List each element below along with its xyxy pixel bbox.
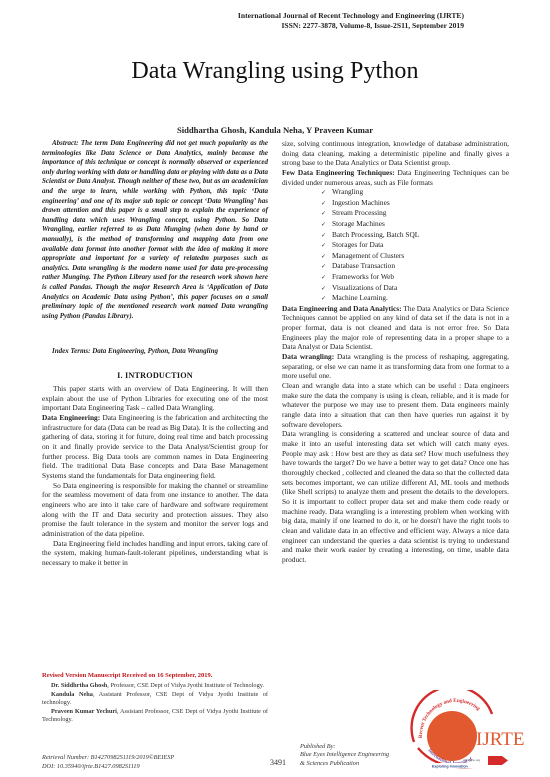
list-item-label: Machine Learning. [332,293,388,302]
list-item: ✓Storage Machines [321,219,509,230]
check-icon: ✓ [321,273,332,283]
wrangling-paragraph: Data wrangling: Data wrangling is the pr… [282,352,509,381]
techniques-list: ✓Wrangling ✓Ingestion Machines ✓Stream P… [282,187,509,304]
check-icon: ✓ [321,220,332,230]
page-number: 3491 [270,758,286,767]
paper-title: Data Wrangling using Python [0,58,550,85]
list-item-label: Database Transaction [332,261,395,270]
list-item-label: Frameworks for Web [332,272,394,281]
techniques-label: Few Data Engineering Techniques: [282,168,395,177]
check-icon: ✓ [321,199,332,209]
list-item: ✓Ingestion Machines [321,198,509,209]
list-item: ✓Management of Clusters [321,251,509,262]
published-by-label: Published By: [300,743,389,751]
list-item: ✓Batch Processing, Batch SQL [321,230,509,241]
intro-paragraph-4: Data Engineering field includes handling… [42,539,268,568]
techniques-paragraph: Few Data Engineering Techniques: Data En… [282,168,509,187]
list-item: ✓Stream Processing [321,208,509,219]
check-icon: ✓ [321,262,332,272]
list-item-label: Storage Machines [332,219,385,228]
affiliation-name: Dr. Siddhrtha Ghosh [51,682,107,689]
affiliation-name: Praveen Kumar Yechuri [51,708,117,715]
list-item-label: Visualizations of Data [332,283,397,292]
list-item-label: Wrangling [332,187,363,196]
check-icon: ✓ [321,231,332,241]
logo-pencil-icon [488,756,502,765]
list-item-label: Ingestion Machines [332,198,390,207]
intro-paragraph-2: Data Engineering: Data Engineering is th… [42,413,268,481]
list-item-label: Stream Processing [332,208,386,217]
list-item: ✓Machine Learning. [321,293,509,304]
list-item-label: Batch Processing, Batch SQL [332,230,419,239]
revised-notice: Revised Version Manuscript Received on 1… [42,672,212,679]
journal-name: International Journal of Recent Technolo… [238,11,464,21]
affiliation-2: Kandula Neha, Assistant Professor, CSE D… [42,691,268,708]
right-paragraph-1: size, solving continuous integration, kn… [282,139,509,168]
affiliation-3: Praveen Kumar Yechuri, Assistant Profess… [42,708,268,725]
list-item: ✓Wrangling [321,187,509,198]
check-icon: ✓ [321,284,332,294]
logo-tagline: Exploring Innovation [432,765,468,769]
analytics-label: Data Engineering and Data Analytics: [282,304,402,313]
check-icon: ✓ [321,188,332,198]
logo-wordmark: IJRTE [476,729,524,750]
check-icon: ✓ [321,241,332,251]
analytics-paragraph: Data Engineering and Data Analytics: The… [282,304,509,352]
abstract-text-2: small step to explain the experience of … [42,206,268,291]
wrangling-label: Data wrangling: [282,352,334,361]
index-terms: Index Terms: Data Engineering, Python, D… [42,347,268,357]
introduction-body: This paper starts with an overview of Da… [42,384,268,567]
publisher-name-2: & Sciences Publication [300,760,389,768]
list-item: ✓Storages for Data [321,240,509,251]
author-affiliations: Dr. Siddhrtha Ghosh, Professor, CSE Dept… [42,682,268,725]
list-item: ✓Database Transaction [321,261,509,272]
list-item-label: Management of Clusters [332,251,404,260]
right-column-body: size, solving continuous integration, kn… [282,139,509,565]
intro-paragraph-3: So Data engineering is responsible for m… [42,481,268,539]
data-engineering-text: Data Engineering is the fabrication and … [42,413,268,480]
footer-identifiers: Retrieval Number: B14270982S1119/2019©BE… [42,753,174,771]
list-item-label: Storages for Data [332,240,383,249]
check-icon: ✓ [321,294,332,304]
paper-authors: Siddhartha Ghosh, Kandula Neha, Y Pravee… [0,125,550,135]
check-icon: ✓ [321,252,332,262]
intro-paragraph-1: This paper starts with an overview of Da… [42,384,268,413]
publisher-info: Published By: Blue Eyes Intelligence Eng… [300,743,389,768]
journal-header: International Journal of Recent Technolo… [238,11,464,31]
affiliation-name: Kandula Neha [51,691,93,698]
data-engineering-label: Data Engineering: [42,413,100,422]
abstract: Abstract: The term Data Engineering did … [42,139,268,321]
logo-url: www.ijrte.org [463,758,481,762]
affiliation-1: Dr. Siddhrtha Ghosh, Professor, CSE Dept… [42,682,268,691]
considering-paragraph: Data wrangling is considering a scattere… [282,429,509,564]
list-item: ✓Frameworks for Web [321,272,509,283]
issn-line: ISSN: 2277-3878, Volume-8, Issue-2S11, S… [238,21,464,31]
retrieval-number: Retrieval Number: B14270982S1119/2019©BE… [42,753,174,762]
affiliation-detail: , Professor, CSE Dept of Vidya Jyothi In… [107,682,264,689]
doi: DOI: 10.35940/ijrte.B1427.0982S1119 [42,762,174,771]
clean-paragraph: Clean and wrangle data into a state whic… [282,381,509,429]
check-icon: ✓ [321,209,332,219]
publisher-name-1: Blue Eyes Intelligence Engineering [300,751,389,759]
list-item: ✓Visualizations of Data [321,283,509,294]
ijrte-logo: Recent Technology and Engineering Intern… [408,690,550,774]
abstract-text-1: Abstract: The term Data Engineering did … [42,139,268,195]
section-heading-introduction: I. INTRODUCTION [42,371,268,380]
